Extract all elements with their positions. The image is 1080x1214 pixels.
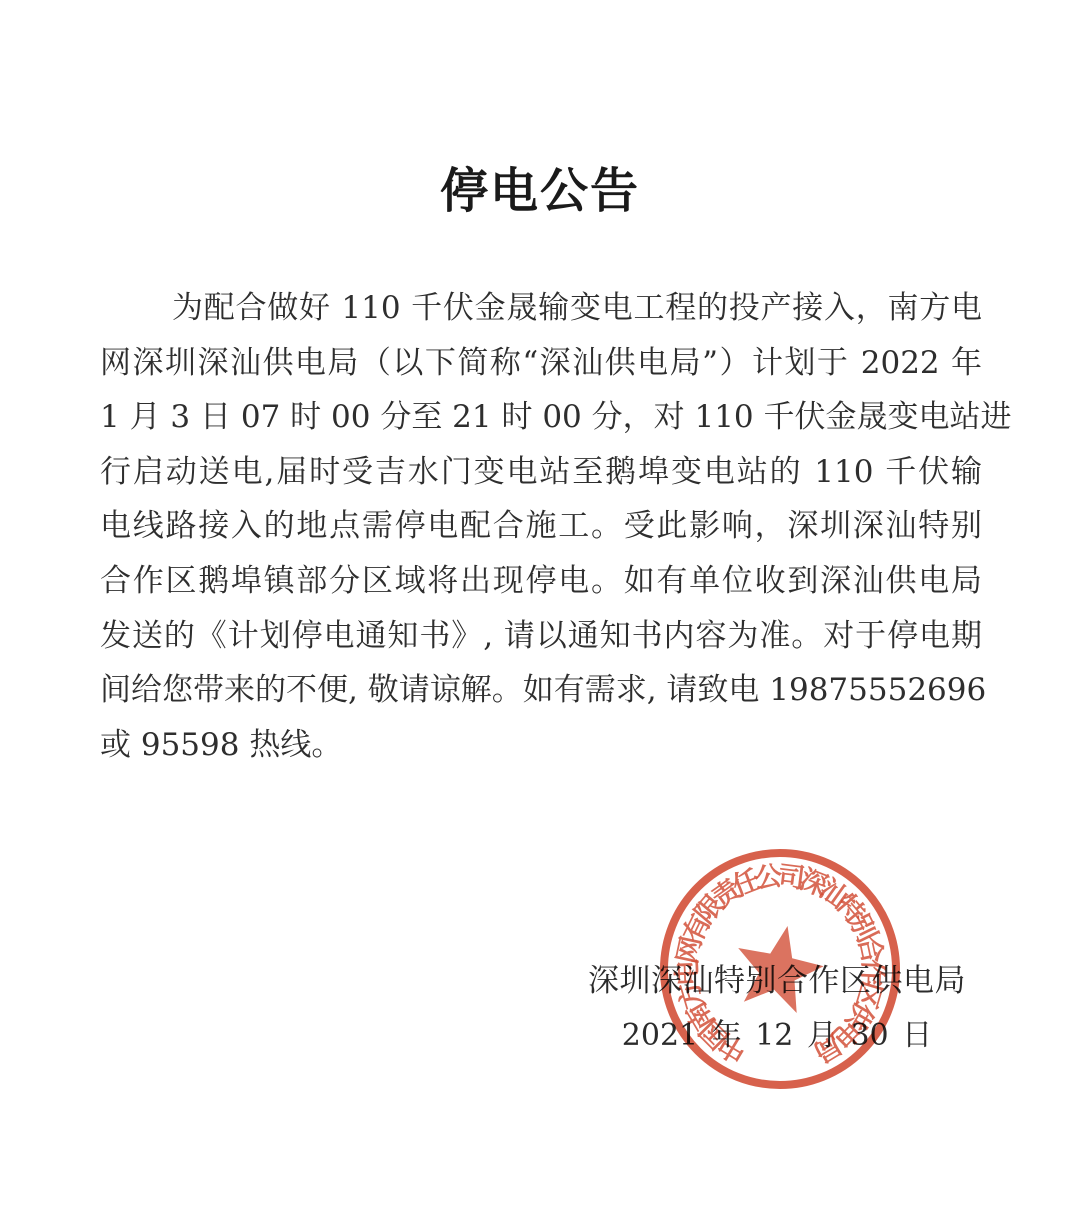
body-line: 或 95598 热线。	[100, 718, 982, 773]
seal-arc-char: 任	[728, 864, 764, 903]
body-line: 1 月 3 日 07 时 00 分至 21 时 00 分，对 110 千伏金晟变…	[100, 390, 982, 445]
seal-arc-char: 汕	[813, 874, 853, 915]
body-line: 电线路接入的地点需停电配合施工。受此影响，深圳深汕特别	[100, 499, 982, 554]
seal-arc-char: 司	[776, 861, 807, 895]
seal-arc-char: 别	[843, 910, 883, 948]
document-title: 停电公告	[0, 152, 1080, 221]
seal-arc-char: 责	[707, 872, 749, 914]
body-line: 为配合做好 110 千伏金晟输变电工程的投产接入，南方电	[100, 281, 982, 336]
body-line: 发送的《计划停电通知书》, 请以通知书内容为准。对于停电期	[100, 609, 982, 664]
document-body: 为配合做好 110 千伏金晟输变电工程的投产接入，南方电 网深圳深汕供电局（以下…	[100, 281, 982, 772]
seal-arc-char: 特	[830, 889, 871, 930]
body-line: 行启动送电,届时受吉水门变电站至鹅埠变电站的 110 千伏输	[100, 445, 982, 500]
signature-org-name: 深圳深汕特别合作区供电局	[477, 955, 1077, 1000]
seal-arc-char: 限	[689, 889, 730, 930]
seal-arc-char: 深	[795, 864, 831, 903]
body-line: 合作区鹅埠镇部分区域将出现停电。如有单位收到深汕供电局	[100, 554, 982, 609]
seal-arc-char: 有	[678, 910, 718, 948]
seal-arc-char: 公	[753, 861, 784, 895]
body-line: 网深圳深汕供电局（以下简称“深汕供电局”）计划于 2022 年	[100, 336, 982, 391]
body-line: 间给您带来的不便, 敬请谅解。如有需求, 请致电 19875552696	[100, 663, 982, 718]
signature-date: 2021 年 12 月 30 日	[477, 1010, 1077, 1054]
notice-document-page: 停电公告 为配合做好 110 千伏金晟输变电工程的投产接入，南方电 网深圳深汕供…	[0, 0, 1080, 1214]
